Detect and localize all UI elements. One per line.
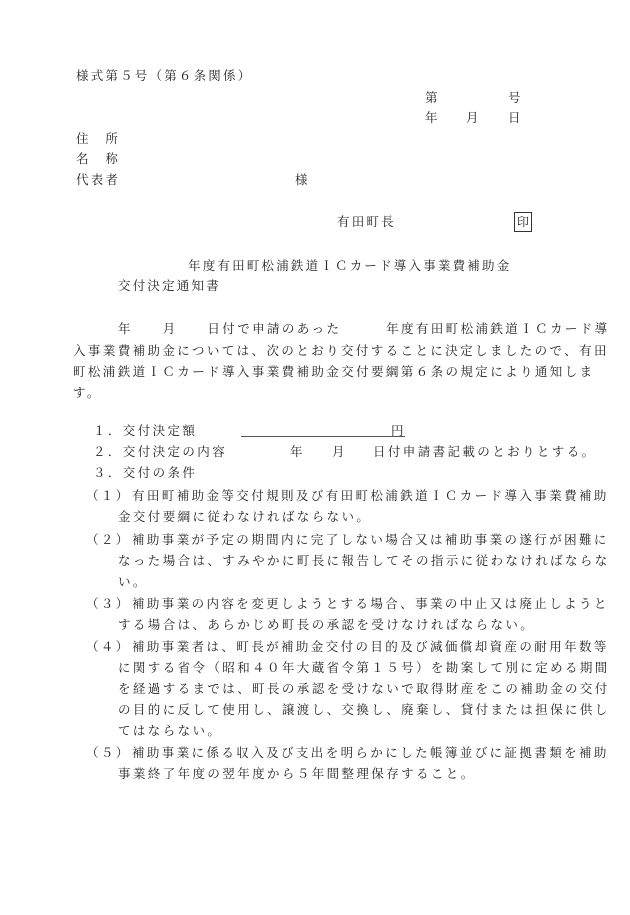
condition-line: 有田町補助金等交付規則及び有田町松浦鉄道ＩＣカード導入事業費補助 <box>132 488 609 504</box>
condition-line: 補助事業者は、町長が補助金交付の目的及び減価償却資産の耐用年数等 <box>132 639 609 655</box>
item3-label: ３．交付の条件 <box>93 465 197 481</box>
seal-mark: 印 <box>514 212 532 232</box>
address-label: 住 所 <box>76 131 120 147</box>
representative-label: 代表者 <box>76 172 120 188</box>
condition-number: （３） <box>86 596 131 612</box>
date-day: 日 <box>508 110 523 126</box>
condition-number: （４） <box>86 639 131 655</box>
item2-text: 日付申請書記載のとおりとする。 <box>373 444 597 460</box>
item2-year: 年 <box>290 444 305 460</box>
condition-line: 事業終了年度の翌年度から５年間整理保存すること。 <box>118 766 476 782</box>
body-line: 入事業費補助金については、次のとおり交付することに決定しましたので、有田 <box>73 340 609 362</box>
condition-line: い。 <box>118 574 148 590</box>
condition-line: 補助事業が予定の期間内に完了しない場合又は補助事業の遂行が困難に <box>132 532 609 548</box>
condition-line: に関する省令（昭和４０年大蔵省令第１５号）を勘案して別に定める期間 <box>118 660 610 676</box>
condition-number: （５） <box>86 745 131 761</box>
number-go: 号 <box>508 90 523 106</box>
item2-label: ２．交付決定の内容 <box>93 444 227 460</box>
yen-unit: 円 <box>391 423 406 439</box>
body-line: す。 <box>73 382 102 404</box>
document-title-line1: 年度有田町松浦鉄道ＩＣカード導入事業費補助金 <box>188 258 511 274</box>
item1-label: １．交付決定額 <box>93 423 197 439</box>
name-label: 名 称 <box>76 151 120 167</box>
condition-number: （２） <box>86 532 131 548</box>
amount-blank-line <box>241 436 405 437</box>
body-line: 町松浦鉄道ＩＣカード導入事業費補助金交付要綱第６条の規定により通知しま <box>73 361 595 383</box>
condition-line: 補助事業に係る収入及び支出を明らかにした帳簿並びに証拠書類を補助 <box>132 745 609 761</box>
date-year: 年 <box>425 110 440 126</box>
document-title-line2: 交付決定通知書 <box>118 278 221 294</box>
date-month: 月 <box>466 110 481 126</box>
condition-line: 金交付要綱に従わなければならない。 <box>118 509 371 525</box>
condition-line: の目的に反して使用し、譲渡し、交換し、廃棄し、貸付または担保に供し <box>118 702 610 718</box>
condition-line: なった場合は、すみやかに町長に報告してその指示に従わなければならな <box>118 553 610 569</box>
item2-month: 月 <box>332 444 347 460</box>
form-id: 様式第５号（第６条関係） <box>76 68 252 84</box>
number-dai: 第 <box>425 90 440 106</box>
body-line: 年 月 日付で申請のあった 年度有田町松浦鉄道ＩＣカード導 <box>118 318 610 340</box>
condition-line: てはならない。 <box>118 723 222 739</box>
issuer-title: 有田町長 <box>337 214 396 230</box>
condition-number: （１） <box>86 488 131 504</box>
condition-line: する場合は、あらかじめ町長の承認を受けなければならない。 <box>118 617 535 633</box>
condition-line: 補助事業の内容を変更しようとする場合、事業の中止又は廃止しようと <box>132 596 609 612</box>
condition-line: を経過するまでは、町長の承認を受けないで取得財産をこの補助金の交付 <box>118 681 610 697</box>
honorific: 様 <box>295 172 310 188</box>
